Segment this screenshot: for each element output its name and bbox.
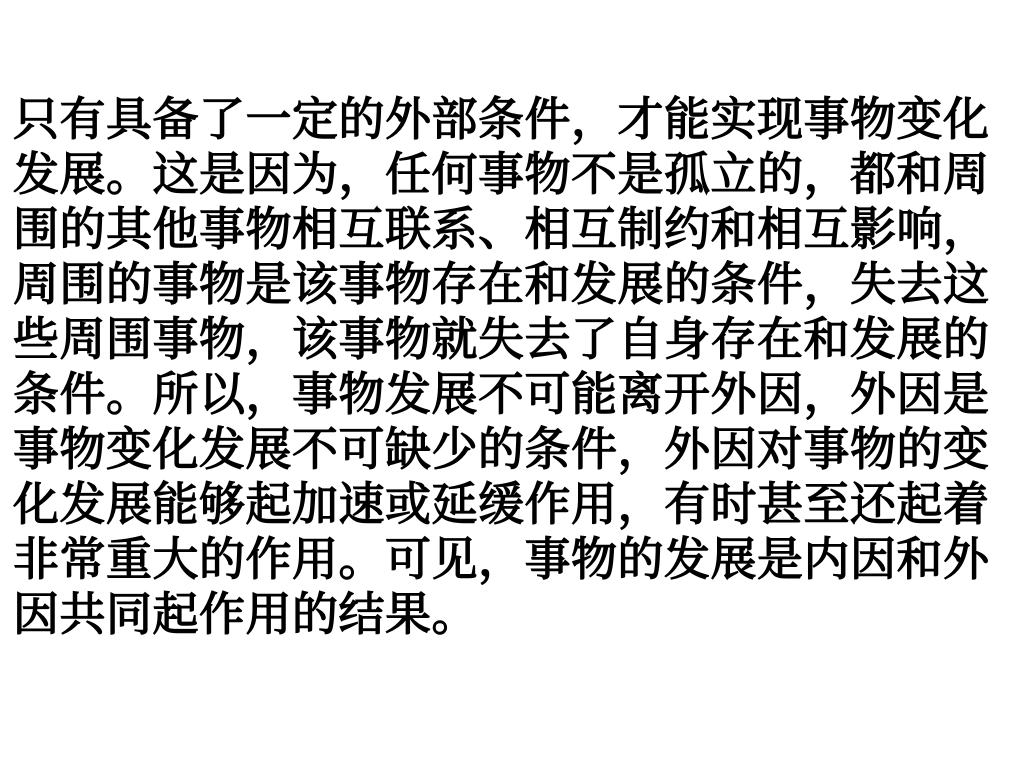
text-line: 非常重大的作用。可见，事物的发展是内因和外 bbox=[13, 532, 1013, 587]
body-text-paragraph: 只有具备了一定的外部条件，才能实现事物变化 发展。这是因为，任何事物不是孤立的，… bbox=[13, 92, 1013, 642]
text-line: 只有具备了一定的外部条件，才能实现事物变化 bbox=[13, 92, 1013, 147]
text-line: 条件。所以，事物发展不可能离开外因，外因是 bbox=[13, 367, 1013, 422]
text-line: 因共同起作用的结果。 bbox=[13, 587, 1013, 642]
text-line: 围的其他事物相互联系、相互制约和相互影响， bbox=[13, 202, 1013, 257]
text-line: 周围的事物是该事物存在和发展的条件，失去这 bbox=[13, 257, 1013, 312]
text-line: 发展。这是因为，任何事物不是孤立的，都和周 bbox=[13, 147, 1013, 202]
text-line: 事物变化发展不可缺少的条件，外因对事物的变 bbox=[13, 422, 1013, 477]
text-line: 些周围事物，该事物就失去了自身存在和发展的 bbox=[13, 312, 1013, 367]
text-line: 化发展能够起加速或延缓作用，有时甚至还起着 bbox=[13, 477, 1013, 532]
slide-canvas: 只有具备了一定的外部条件，才能实现事物变化 发展。这是因为，任何事物不是孤立的，… bbox=[0, 0, 1024, 768]
